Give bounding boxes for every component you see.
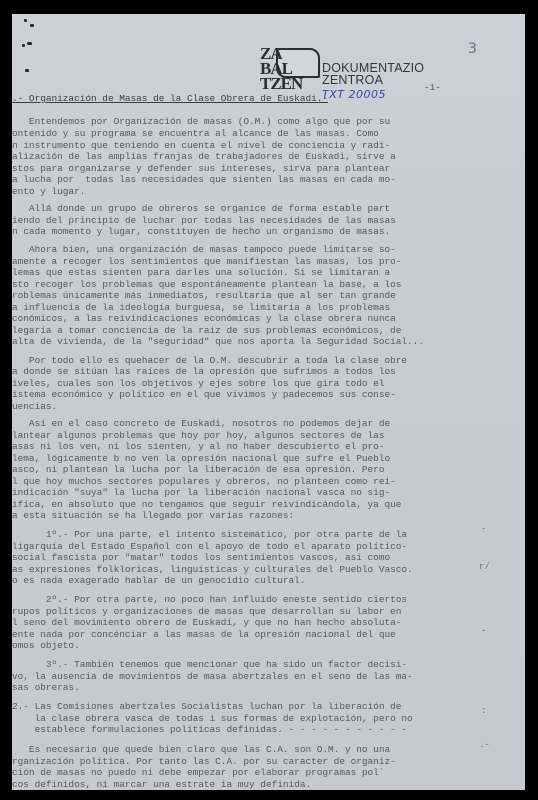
text-line: sto recoger los problemas que espontánea… — [12, 279, 401, 291]
text-line: iendo del principio de luchar por todas … — [12, 215, 396, 227]
text-line: Entendemos por Organización de masas (O.… — [12, 116, 390, 128]
text-line: asas ni los ven, ni los sienten, y al no… — [12, 441, 384, 453]
text-line: rupos políticos y organizaciones de masa… — [12, 606, 401, 618]
text-line: Allá donde un grupo de obreros se organi… — [12, 203, 390, 215]
text-line: ifica, en absoluto que no tengamos que s… — [12, 499, 401, 511]
text-line: alización de las amplias franjas de trab… — [12, 151, 396, 163]
ink-speck — [25, 69, 29, 72]
text-line: establece formulaciones políticas defini… — [12, 724, 407, 736]
text-line: uencias. — [12, 401, 57, 413]
document-title: .- Organización de Masas de la Clase Obr… — [12, 93, 328, 105]
text-line: ligarquía del Estado Español con el apoy… — [12, 541, 407, 553]
archive-name-line2: ZENTROA — [322, 74, 424, 86]
text-line: sas obreras. — [12, 682, 80, 694]
logo-mark-line: TZEN — [260, 76, 314, 91]
text-line: indicación "suya" la lucha por la libera… — [12, 487, 390, 499]
archive-name: DOKUMENTAZIO ZENTROA — [322, 62, 424, 86]
text-line: a donde se sitúan las raíces de la opres… — [12, 366, 396, 378]
text-line: l que hoy muchos sectores populares y ob… — [12, 476, 396, 488]
margin-mark: : — [481, 706, 486, 716]
text-line: Es necesario que quede bien claro que la… — [12, 744, 390, 756]
text-line: 1º.- Por una parte, el intento sistemáti… — [12, 529, 407, 541]
text-line: as expresiones folkloricas, linguisticas… — [12, 564, 413, 576]
text-line: omos objeto. — [12, 640, 80, 652]
text-line: Así en el caso concreto de Euskadi, noso… — [12, 418, 390, 430]
text-line: social fascista por "matar" todos los se… — [12, 552, 390, 564]
text-line: stos para organizarse y defender sus int… — [12, 163, 390, 175]
text-line: 2.- Las Comisiones abertzales Socialista… — [12, 701, 401, 713]
text-line: conómicos, a las reivindicaciones económ… — [12, 313, 396, 325]
margin-mark: r/ — [479, 562, 490, 572]
margin-mark: - — [481, 626, 486, 636]
text-line: n instrumento que teniendo en cuenta el … — [12, 140, 390, 152]
text-line: 3º.- También tenemos que mencionar que h… — [12, 659, 407, 671]
text-line: legaría a tomar conciencia de la raiz de… — [12, 325, 401, 337]
text-line: lema, lógicamente b no ven la opresión n… — [12, 453, 390, 465]
text-line: amente a recoger los sentimientos que ma… — [12, 256, 401, 268]
text-line: istema económico y político en el que vi… — [12, 389, 396, 401]
margin-mark: .- — [479, 740, 490, 750]
ink-speck — [30, 24, 34, 27]
text-line: ento y lugar. — [12, 186, 85, 198]
ink-speck — [24, 19, 27, 22]
text-line: la clase obrera vasca de todas i sus for… — [12, 713, 413, 725]
text-line: iveles, cuales son los objetivos y ejes … — [12, 378, 384, 390]
text-line: roblemas únicamente más inmediatos, resu… — [12, 290, 396, 302]
text-line: 2º.- Por otra parte, no poco han influíd… — [12, 594, 407, 606]
text-line: l seno del movimiento obrero de Euskadi,… — [12, 617, 401, 629]
text-line: cos definidos, ni marcar una estrate ia … — [12, 779, 311, 790]
text-line: asco, ni plantean la lucha por la libera… — [12, 464, 384, 476]
text-line: ontenido y su programa se encuentra al a… — [12, 128, 379, 140]
text-line: Ahora bien, una organización de masas ta… — [12, 244, 396, 256]
text-line: a influencia de la ideología burguesa, s… — [12, 302, 390, 314]
document-page: ZA BAL TZEN DOKUMENTAZIO ZENTROA TXT 200… — [12, 14, 525, 790]
text-line: n cada momento y lugar, constituyen de h… — [12, 226, 390, 238]
text-line: a lucha por todas las necesidades que si… — [12, 174, 396, 186]
margin-mark: - — [481, 524, 486, 534]
archive-stamp-code: TXT 20005 — [322, 88, 386, 101]
pencil-number: 3 — [468, 41, 477, 57]
ink-speck — [22, 44, 25, 47]
text-line: rganización política. Por tanto las C.A.… — [12, 756, 396, 768]
text-line: lantear algunos problemas que hoy por ho… — [12, 430, 384, 442]
text-line: Por todo ello es quehacer de la O.M. des… — [12, 355, 407, 367]
ink-speck — [27, 42, 32, 45]
text-line: ción de masas no puedo ni debe empezar p… — [12, 767, 384, 779]
page-number: -1- — [424, 82, 441, 94]
text-line: ente nada por concénciar a las masas de … — [12, 629, 396, 641]
text-line: a esta situación se ha llegado por varia… — [12, 510, 294, 522]
text-line: lemas que estas sienten para darles una … — [12, 267, 390, 279]
text-line: alta de vivienda, de la "seguridad" que … — [12, 336, 424, 348]
text-line: o es nada exagerado hablar de un genocid… — [12, 575, 305, 587]
text-line: vo, la ausencia de movimientos de masa a… — [12, 671, 413, 683]
